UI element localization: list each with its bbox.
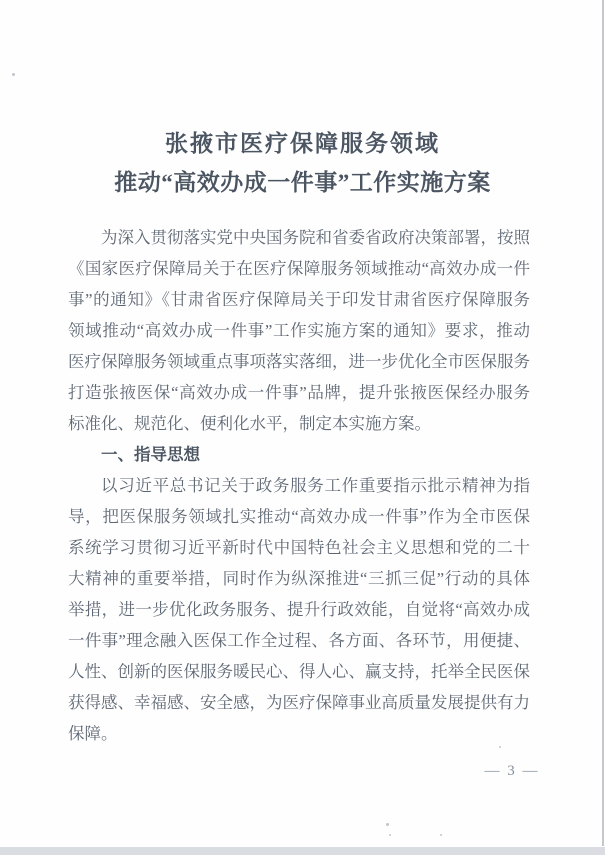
scan-edge-line xyxy=(602,0,604,846)
body-line: 标准化、规范化、便利化水平，制定本实施方案。 xyxy=(68,408,530,439)
body-line: 大精神的重要举措，同时作为纵深推进“三抓三促”行动的具体 xyxy=(68,563,530,594)
scan-speck xyxy=(389,834,391,836)
scan-speck xyxy=(386,823,389,826)
body-line: 医疗保障服务领域重点事项落实落细，进一步优化全市医保服务， xyxy=(68,346,530,377)
body-line: 事”的通知》《甘肃省医疗保障局关于印发甘肃省医疗保障服务 xyxy=(68,284,530,315)
scan-speck xyxy=(440,834,442,836)
body-line: 获得感、幸福感、安全感，为医疗保障事业高质量发展提供有力 xyxy=(68,687,530,718)
body-line: 一件事”理念融入医保工作全过程、各方面、各环节，用便捷、 xyxy=(68,625,530,656)
section-heading: 一、指导思想 xyxy=(68,439,530,470)
document-title: 张掖市医疗保障服务领域 推动“高效办成一件事”工作实施方案 xyxy=(0,124,605,202)
title-line-1: 张掖市医疗保障服务领域 xyxy=(0,124,605,163)
scan-bottom-band xyxy=(0,847,605,855)
body-line: 打造张掖医保“高效办成一件事”品牌，提升张掖医保经办服务 xyxy=(68,377,530,408)
body-line: 举措，进一步优化政务服务、提升行政效能，自觉将“高效办成 xyxy=(68,594,530,625)
scanned-document-page: 张掖市医疗保障服务领域 推动“高效办成一件事”工作实施方案 为深入贯彻落实党中央… xyxy=(0,0,605,855)
body-line: 系统学习贯彻习近平新时代中国特色社会主义思想和党的二十 xyxy=(68,532,530,563)
body-line: 为深入贯彻落实党中央国务院和省委省政府决策部署，按照 xyxy=(68,222,530,253)
page-number: — 3 — xyxy=(452,763,572,780)
body-line: 领域推动“高效办成一件事”工作实施方案的通知》要求，推动 xyxy=(68,315,530,346)
body-line: 人性、创新的医保服务暖民心、得人心、赢支持，托举全民医保 xyxy=(68,656,530,687)
title-line-2: 推动“高效办成一件事”工作实施方案 xyxy=(0,163,605,202)
body-line: 保障。 xyxy=(68,718,530,749)
body-line: 以习近平总书记关于政务服务工作重要指示批示精神为指 xyxy=(68,470,530,501)
document-body: 为深入贯彻落实党中央国务院和省委省政府决策部署，按照 《国家医疗保障局关于在医疗… xyxy=(68,222,530,749)
body-line: 导，把医保服务领域扎实推动“高效办成一件事”作为全市医保 xyxy=(68,501,530,532)
body-line: 《国家医疗保障局关于在医疗保障服务领域推动“高效办成一件 xyxy=(68,253,530,284)
scan-speck xyxy=(12,73,15,76)
scan-speck xyxy=(499,746,501,748)
